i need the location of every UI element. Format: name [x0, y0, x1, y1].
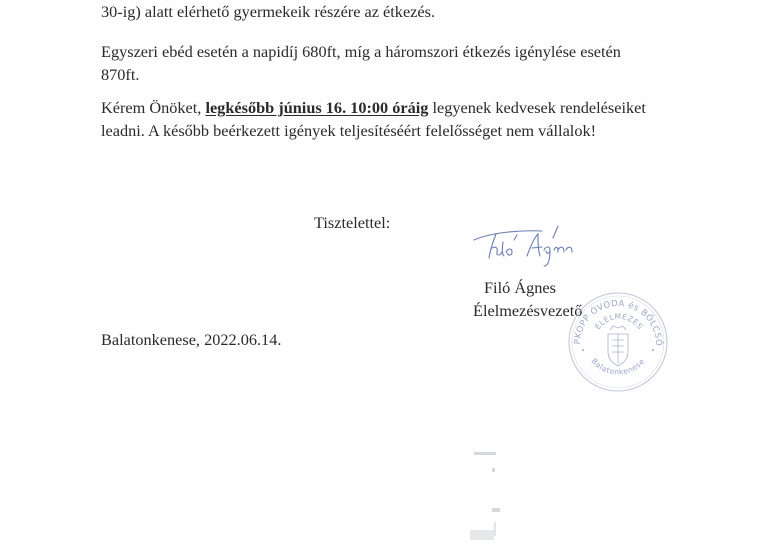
paragraph-pricing: Egyszeri ebéd esetén a napidíj 680ft, mí… [101, 40, 701, 86]
scan-artifact [474, 452, 496, 455]
scan-artifact [494, 522, 496, 536]
official-stamp: KIPPKOPP ÓVODA és BÖLCSŐDE ÉLELMEZÉS Bal… [566, 290, 670, 394]
scan-artifact [492, 468, 495, 472]
paragraph-line: 30-ig) alatt elérhető gyermekeik részére… [101, 0, 701, 23]
paragraph-line: leadni. A később beérkezett igények telj… [101, 119, 701, 142]
deadline-outro: legyenek kedvesek rendeléseiket [428, 98, 645, 117]
handwritten-signature [462, 222, 602, 272]
scan-artifact [492, 508, 500, 512]
paragraph-availability: 30-ig) alatt elérhető gyermekeik részére… [101, 0, 701, 23]
deadline-intro: Kérem Önöket, [101, 98, 205, 117]
closing-salutation: Tisztelettel: [314, 211, 390, 234]
coat-of-arms-icon [608, 326, 628, 366]
place-and-date: Balatonkenese, 2022.06.14. [101, 328, 281, 351]
paragraph-line: Egyszeri ebéd esetén a napidíj 680ft, mí… [101, 40, 701, 63]
signer-name: Filó Ágnes [484, 276, 556, 299]
document-page: 30-ig) alatt elérhető gyermekeik részére… [0, 0, 768, 548]
paragraph-line: 870ft. [101, 63, 701, 86]
scan-artifact [470, 530, 494, 540]
paragraph-deadline: Kérem Önöket, legkésőbb június 16. 10:00… [101, 96, 701, 142]
deadline-emphasis: legkésőbb június 16. 10:00 óráig [205, 98, 428, 117]
paragraph-line: Kérem Önöket, legkésőbb június 16. 10:00… [101, 96, 701, 119]
